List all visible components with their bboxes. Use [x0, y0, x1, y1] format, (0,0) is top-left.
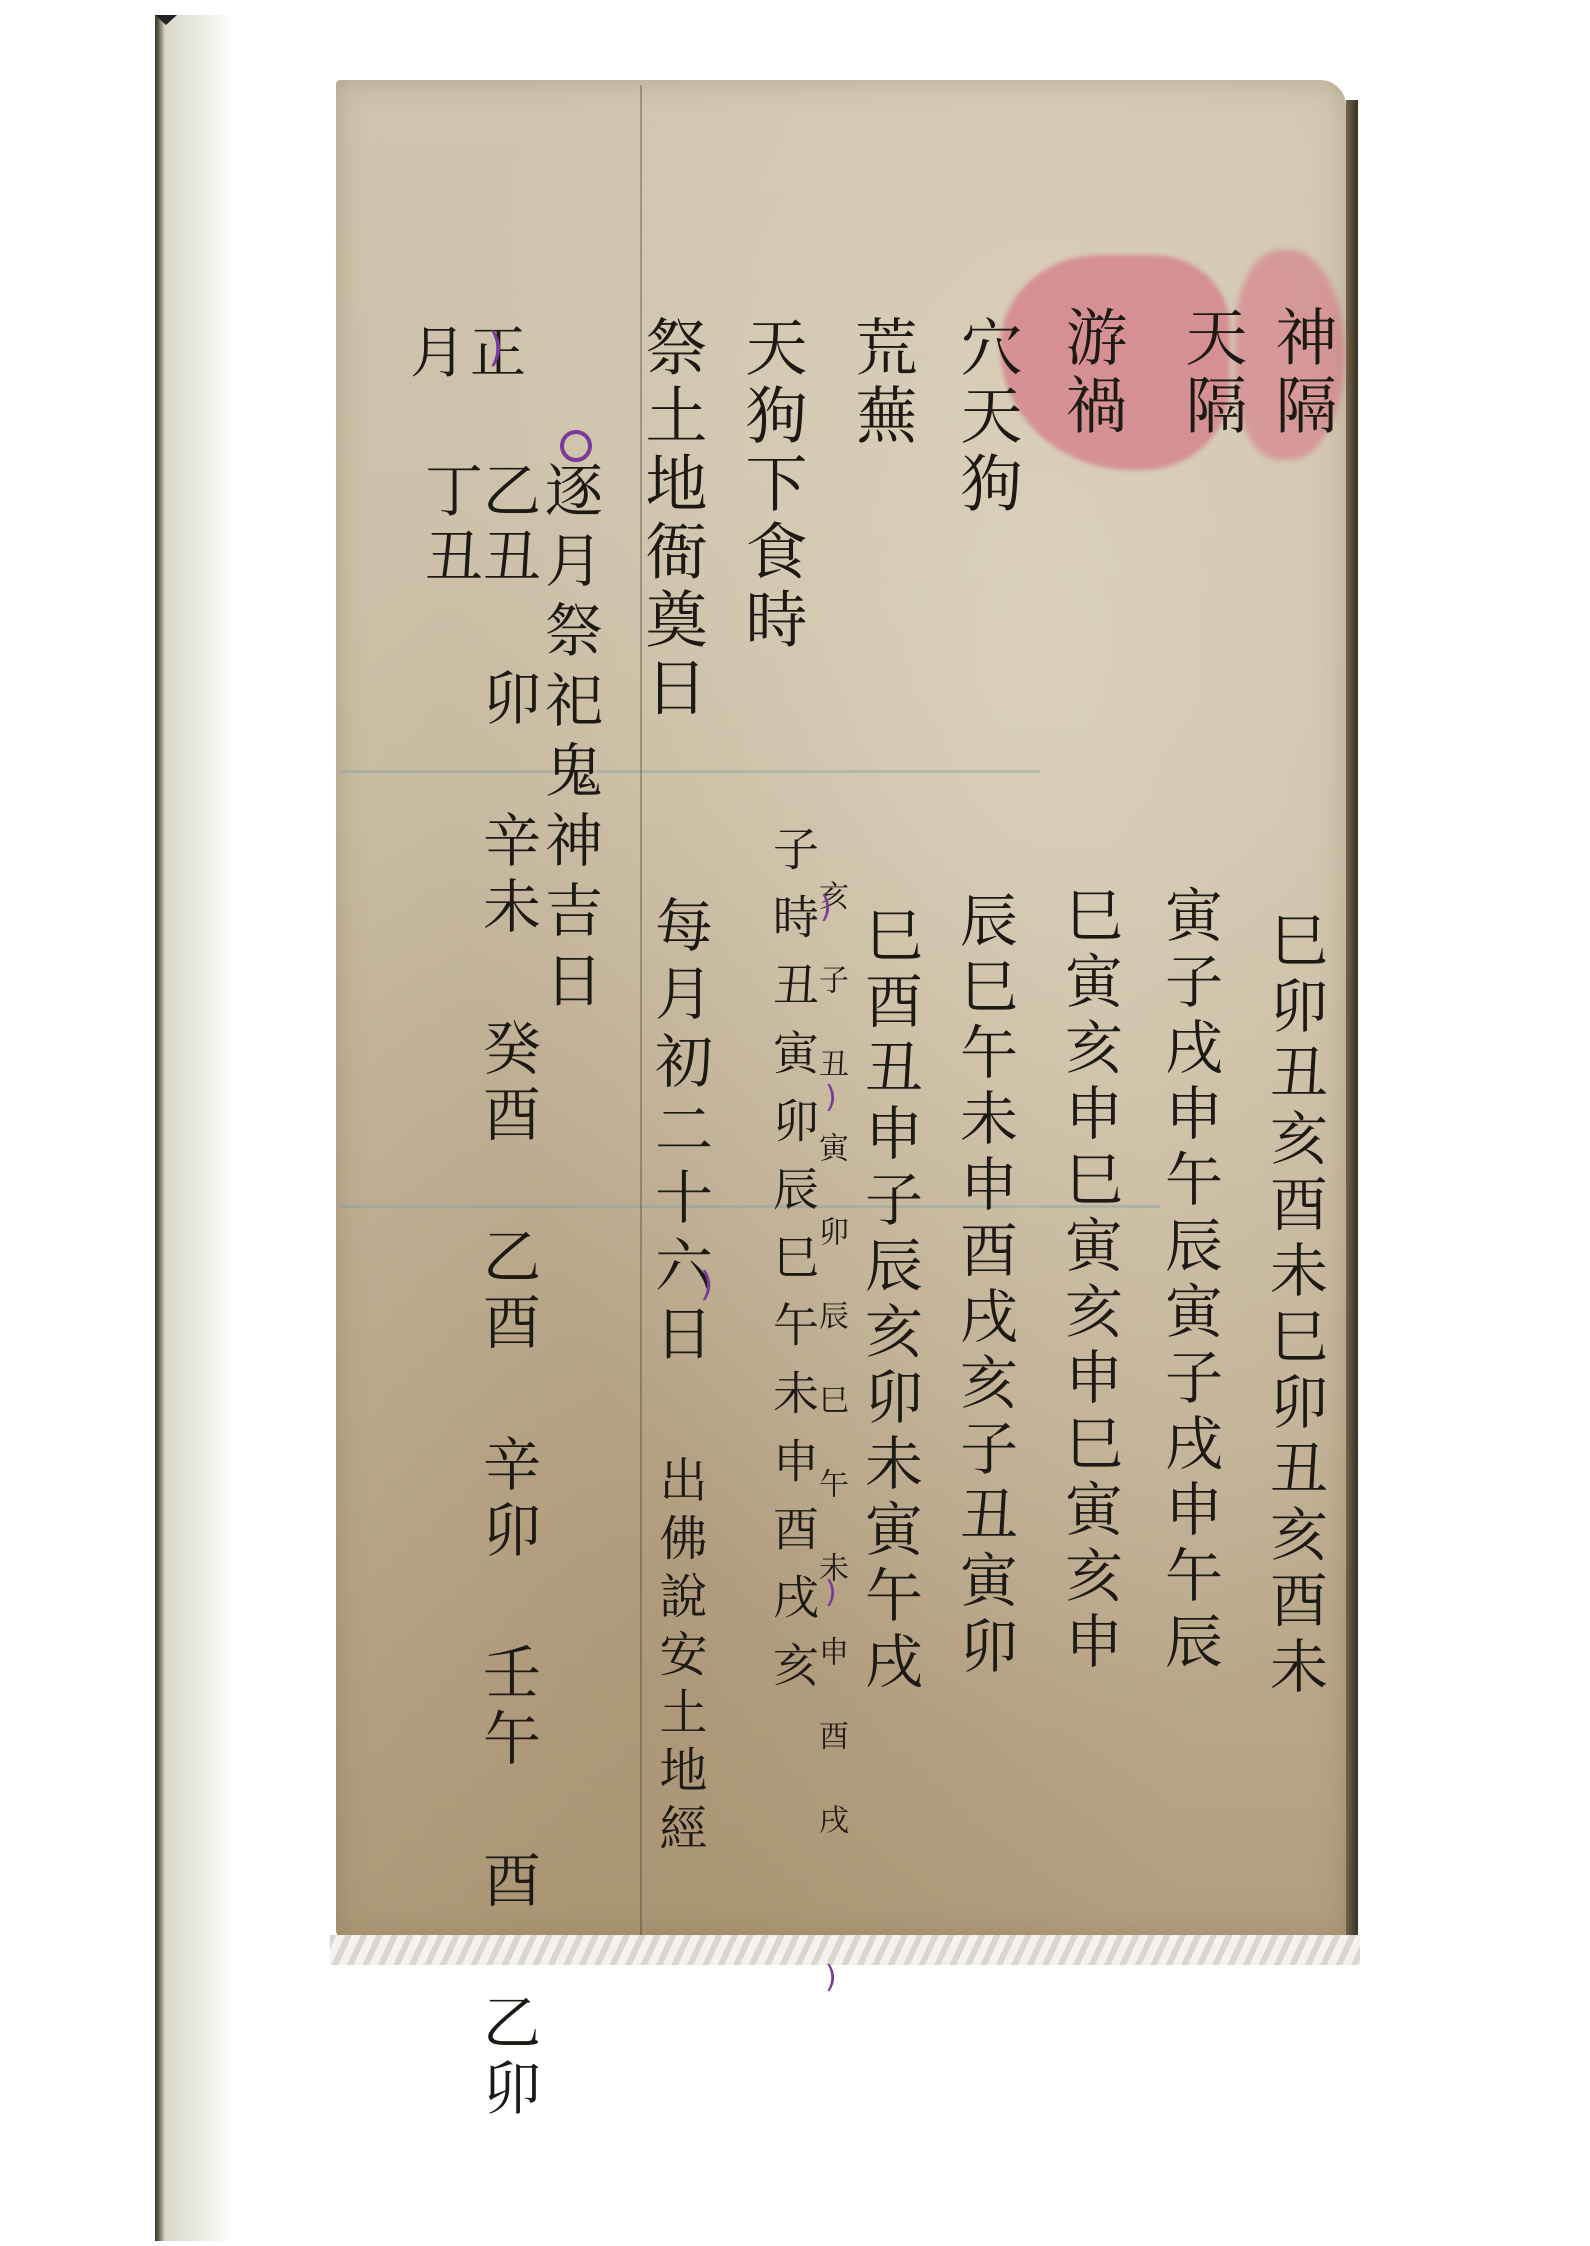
- heading-zheng-yue: 月正: [410, 320, 530, 382]
- purple-check-mark: ): [825, 1080, 837, 1115]
- heading-xue-tian-gou: 穴天狗: [955, 315, 1017, 519]
- heading-tian-gou-xia-shi-shi: 天狗下食時: [740, 315, 802, 655]
- values-huang-wu: 巳酉丑申子辰亥卯未寅午戌: [860, 905, 918, 1697]
- heading-you-huo: 游禍: [1060, 305, 1122, 441]
- values-zheng-yue: 乙丑 卯 辛未 癸酉 乙酉 辛卯 壬午 酉 乙卯 丁丑: [420, 460, 536, 2246]
- purple-check-mark: ): [825, 1960, 837, 1995]
- heading-zhu-yue: 逐月祭祀鬼神吉日: [540, 460, 598, 1020]
- purple-circle-mark: [560, 430, 592, 462]
- values-shen-ge: 巳卯丑亥酉未巳卯丑亥酉未: [1265, 910, 1323, 1702]
- purple-check-mark: ): [820, 890, 832, 925]
- purple-dot-mark: ): [700, 1265, 713, 1305]
- values-you-huo: 巳寅亥申巳寅亥申巳寅亥申: [1060, 885, 1118, 1677]
- values-ji-tu-di-source: 出佛說安土地經: [655, 1455, 703, 1861]
- values-tian-gou-times-annotation: 亥子丑寅卯辰巳午未申酉戌: [815, 880, 845, 1888]
- heading-ji-tu-di: 祭土地衙奠日: [640, 315, 702, 723]
- book-spine: [155, 15, 235, 2241]
- heading-shen-ge: 神隔: [1270, 305, 1332, 441]
- values-tian-gou-times: 子時丑寅卯辰巳午未申酉戌亥: [770, 825, 816, 1709]
- page-edge: [1346, 100, 1358, 1950]
- heading-tian-ge: 天隔: [1180, 305, 1242, 441]
- values-xue-tian-gou: 辰巳午未申酉戌亥子丑寅卯: [955, 890, 1013, 1682]
- purple-check-mark: ): [488, 325, 504, 371]
- heading-huang-wu: 荒蕪: [850, 315, 912, 451]
- values-tian-ge: 寅子戌申午辰寅子戌申午辰: [1160, 885, 1218, 1677]
- purple-check-mark: ): [825, 1575, 837, 1610]
